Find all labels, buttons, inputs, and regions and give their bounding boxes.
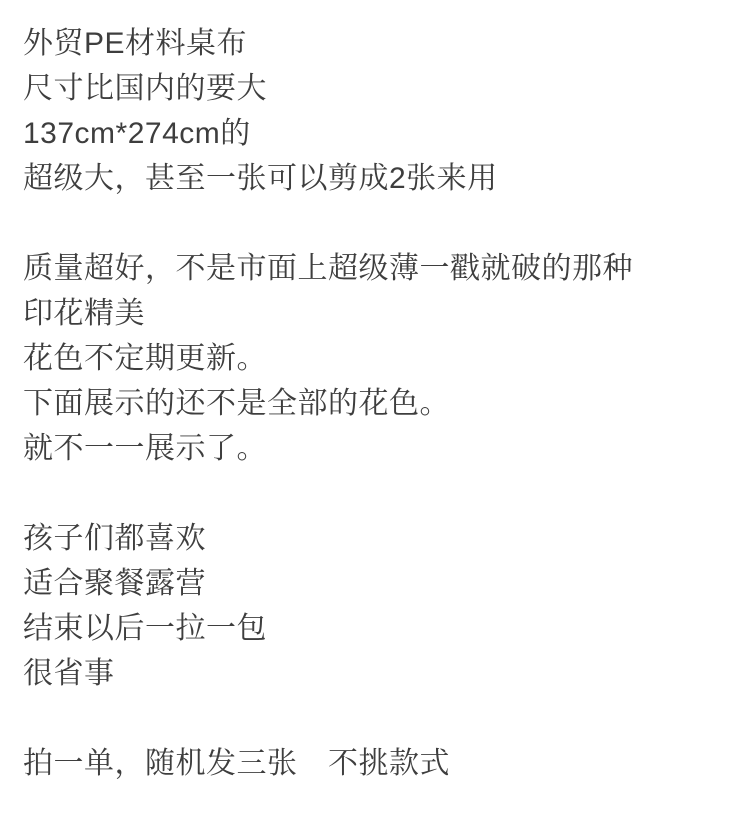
product-description-page: 外贸PE材料桌布 尺寸比国内的要大 137cm*274cm的 超级大，甚至一张可…: [0, 0, 750, 814]
paragraph-quality-info: 质量超好，不是市面上超级薄一戳就破的那种 印花精美 花色不定期更新。 下面展示的…: [23, 246, 732, 471]
text-line: 137cm*274cm的: [23, 111, 732, 156]
text-line: 超级大，甚至一张可以剪成2张来用: [23, 156, 732, 201]
text-line: 尺寸比国内的要大: [23, 66, 732, 111]
text-line: 很省事: [23, 651, 732, 696]
text-line: 拍一单，随机发三张 不挑款式: [23, 741, 732, 786]
text-line: 适合聚餐露营: [23, 561, 732, 606]
paragraph-size-info: 外贸PE材料桌布 尺寸比国内的要大 137cm*274cm的 超级大，甚至一张可…: [23, 21, 732, 201]
text-line: 外贸PE材料桌布: [23, 21, 732, 66]
paragraph-order-info: 拍一单，随机发三张 不挑款式: [23, 741, 732, 786]
text-line: 下面展示的还不是全部的花色。: [23, 381, 732, 426]
text-line: 就不一一展示了。: [23, 426, 732, 471]
text-line: 花色不定期更新。: [23, 336, 732, 381]
paragraph-usage-info: 孩子们都喜欢 适合聚餐露营 结束以后一拉一包 很省事: [23, 516, 732, 696]
text-line: 孩子们都喜欢: [23, 516, 732, 561]
text-line: 结束以后一拉一包: [23, 606, 732, 651]
text-line: 质量超好，不是市面上超级薄一戳就破的那种: [23, 246, 732, 291]
text-line: 印花精美: [23, 291, 732, 336]
